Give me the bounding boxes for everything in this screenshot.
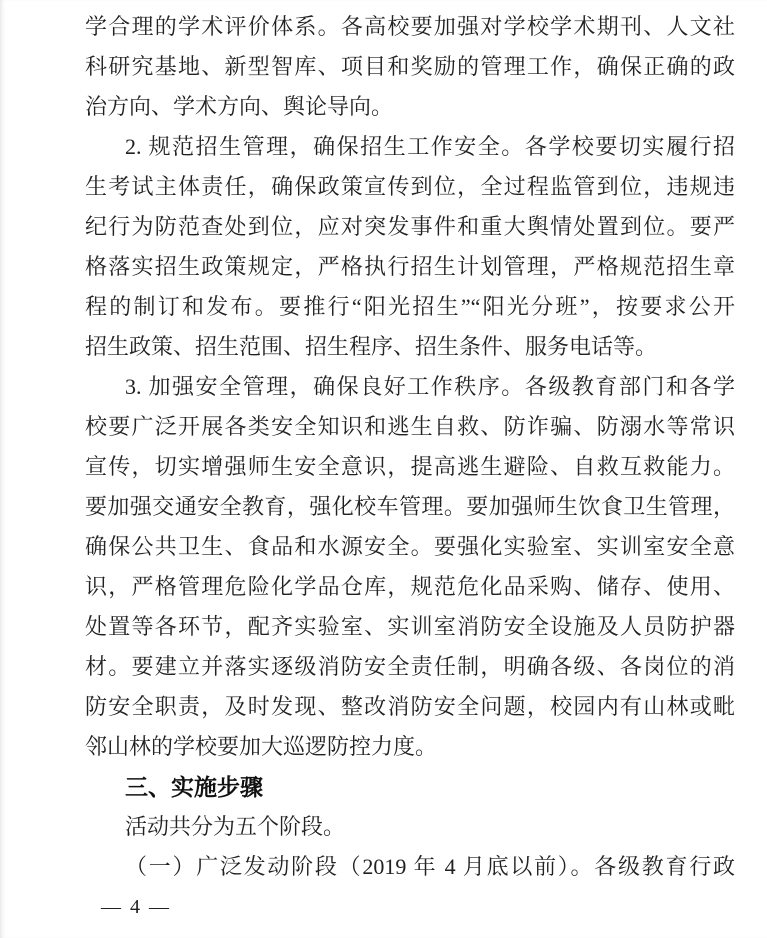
- text-line: 邻山林的学校要加大巡逻防控力度。: [85, 727, 735, 767]
- text-line: 防安全职责，及时发现、整改消防安全问题，校园内有山林或毗: [85, 687, 735, 727]
- text-line: 程的制订和发布。要推行“阳光招生”“阳光分班”，按要求公开: [85, 287, 735, 327]
- text-line: 2. 规范招生管理，确保招生工作安全。各学校要切实履行招: [85, 127, 735, 167]
- text-line: 要加强交通安全教育，强化校车管理。要加强师生饮食卫生管理，: [85, 487, 735, 527]
- text-line: 学合理的学术评价体系。各高校要加强对学校学术期刊、人文社: [85, 7, 735, 47]
- text-line: 治方向、学术方向、舆论导向。: [85, 87, 735, 127]
- text-line: 科研究基地、新型智库、项目和奖励的管理工作，确保正确的政: [85, 47, 735, 87]
- text-line: 生考试主体责任，确保政策宣传到位，全过程监管到位，违规违: [85, 167, 735, 207]
- text-line: 确保公共卫生、食品和水源安全。要强化实验室、实训室安全意: [85, 527, 735, 567]
- text-line: 招生政策、招生范围、招生程序、招生条件、服务电话等。: [85, 327, 735, 367]
- text-line: 宣传，切实增强师生安全意识，提高逃生避险、自救互救能力。: [85, 447, 735, 487]
- text-line: 处置等各环节，配齐实验室、实训室消防安全设施及人员防护器: [85, 607, 735, 647]
- text-line: 格落实招生政策规定，严格执行招生计划管理，严格规范招生章: [85, 247, 735, 287]
- text-line: （一）广泛发动阶段（2019 年 4 月底以前）。各级教育行政: [85, 847, 735, 887]
- text-line: 3. 加强安全管理，确保良好工作秩序。各级教育部门和各学: [85, 367, 735, 407]
- text-line: 识，严格管理危险化学品仓库，规范危化品采购、储存、使用、: [85, 567, 735, 607]
- text-line: 材。要建立并落实逐级消防安全责任制，明确各级、各岗位的消: [85, 647, 735, 687]
- section-heading: 三、实施步骤: [85, 767, 735, 807]
- page-number: — 4 —: [101, 890, 171, 924]
- text-line: 纪行为防范查处到位，应对突发事件和重大舆情处置到位。要严: [85, 207, 735, 247]
- text-line: 活动共分为五个阶段。: [85, 807, 735, 847]
- document-page: 学合理的学术评价体系。各高校要加强对学校学术期刊、人文社科研究基地、新型智库、项…: [0, 0, 767, 938]
- document-body: 学合理的学术评价体系。各高校要加强对学校学术期刊、人文社科研究基地、新型智库、项…: [85, 7, 735, 887]
- text-line: 校要广泛开展各类安全知识和逃生自救、防诈骗、防溺水等常识: [85, 407, 735, 447]
